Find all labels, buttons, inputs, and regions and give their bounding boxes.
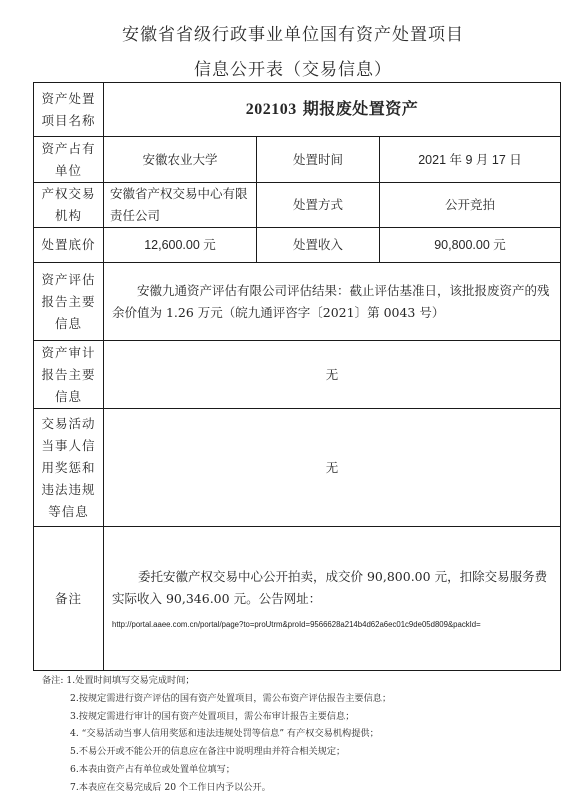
audit-value: 无: [104, 341, 561, 409]
label-disposal-method: 处置方式: [257, 183, 380, 228]
label-reserve-price: 处置底价: [34, 228, 104, 263]
label-remarks: 备注: [34, 527, 104, 671]
info-table: 资产处置 项目名称 202103 期报废处置资产 资产占有 单位 安徽农业大学 …: [33, 82, 561, 671]
row-appraisal: 资产评估 报告主要 信息 安徽九通资产评估有限公司评估结果：截止评估基准日，该批…: [34, 263, 561, 341]
label-project-name: 资产处置 项目名称: [34, 83, 104, 137]
reserve-price-value: 12,600.00 元: [104, 228, 257, 263]
label-appraisal: 资产评估 报告主要 信息: [34, 263, 104, 341]
announcement-link[interactable]: http://portal.aaee.com.cn/portal/page?to…: [112, 618, 552, 632]
footnotes: 备注: 1.处置时间填写交易完成时间； 2.按规定需进行资产评估的国有资产处置项…: [42, 672, 391, 797]
disposal-time-value: 2021 年 9 月 17 日: [380, 137, 561, 183]
footnote-1: 备注: 1.处置时间填写交易完成时间；: [42, 672, 391, 690]
footnote-4: 4. “交易活动当事人信用奖惩和违法违规处罚等信息” 有产权交易机构提供；: [70, 725, 391, 743]
footnote-3: 3.按规定需进行审计的国有资产处置项目，需公布审计报告主要信息；: [70, 708, 391, 726]
exchange-value: 安徽省产权交易中心有限 责任公司: [104, 183, 257, 228]
label-credit: 交易活动 当事人信 用奖惩和 违法违规 等信息: [34, 409, 104, 527]
row-exchange: 产权交易 机构 安徽省产权交易中心有限 责任公司 处置方式 公开竞拍: [34, 183, 561, 228]
disposal-income-value: 90,800.00 元: [380, 228, 561, 263]
row-remarks: 备注 委托安徽产权交易中心公开拍卖，成交价 90,800.00 元，扣除交易服务…: [34, 527, 561, 671]
appraisal-value: 安徽九通资产评估有限公司评估结果：截止评估基准日，该批报废资产的残余价值为 1.…: [104, 263, 561, 341]
label-disposal-time: 处置时间: [257, 137, 380, 183]
footnote-7: 7.本表应在交易完成后 20 个工作日内予以公开。: [70, 779, 391, 797]
credit-value: 无: [104, 409, 561, 527]
label-audit: 资产审计 报告主要 信息: [34, 341, 104, 409]
footnote-6: 6.本表由资产占有单位或处置单位填写；: [70, 761, 391, 779]
document-title: 安徽省省级行政事业单位国有资产处置项目: [0, 20, 586, 45]
disposal-method-value: 公开竞拍: [380, 183, 561, 228]
label-exchange: 产权交易 机构: [34, 183, 104, 228]
row-audit: 资产审计 报告主要 信息 无: [34, 341, 561, 409]
owner-value: 安徽农业大学: [104, 137, 257, 183]
label-owner: 资产占有 单位: [34, 137, 104, 183]
footnote-5: 5.不易公开或不能公开的信息应在备注中说明理由并符合相关规定；: [70, 743, 391, 761]
row-owner: 资产占有 单位 安徽农业大学 处置时间 2021 年 9 月 17 日: [34, 137, 561, 183]
row-credit: 交易活动 当事人信 用奖惩和 违法违规 等信息 无: [34, 409, 561, 527]
row-price: 处置底价 12,600.00 元 处置收入 90,800.00 元: [34, 228, 561, 263]
row-project-name: 资产处置 项目名称 202103 期报废处置资产: [34, 83, 561, 137]
project-name-value: 202103 期报废处置资产: [104, 83, 561, 137]
label-disposal-income: 处置收入: [257, 228, 380, 263]
remarks-value: 委托安徽产权交易中心公开拍卖，成交价 90,800.00 元，扣除交易服务费实际…: [104, 527, 561, 671]
document-subtitle: 信息公开表（交易信息）: [0, 55, 586, 80]
footnote-2: 2.按规定需进行资产评估的国有资产处置项目，需公布资产评估报告主要信息；: [70, 690, 391, 708]
